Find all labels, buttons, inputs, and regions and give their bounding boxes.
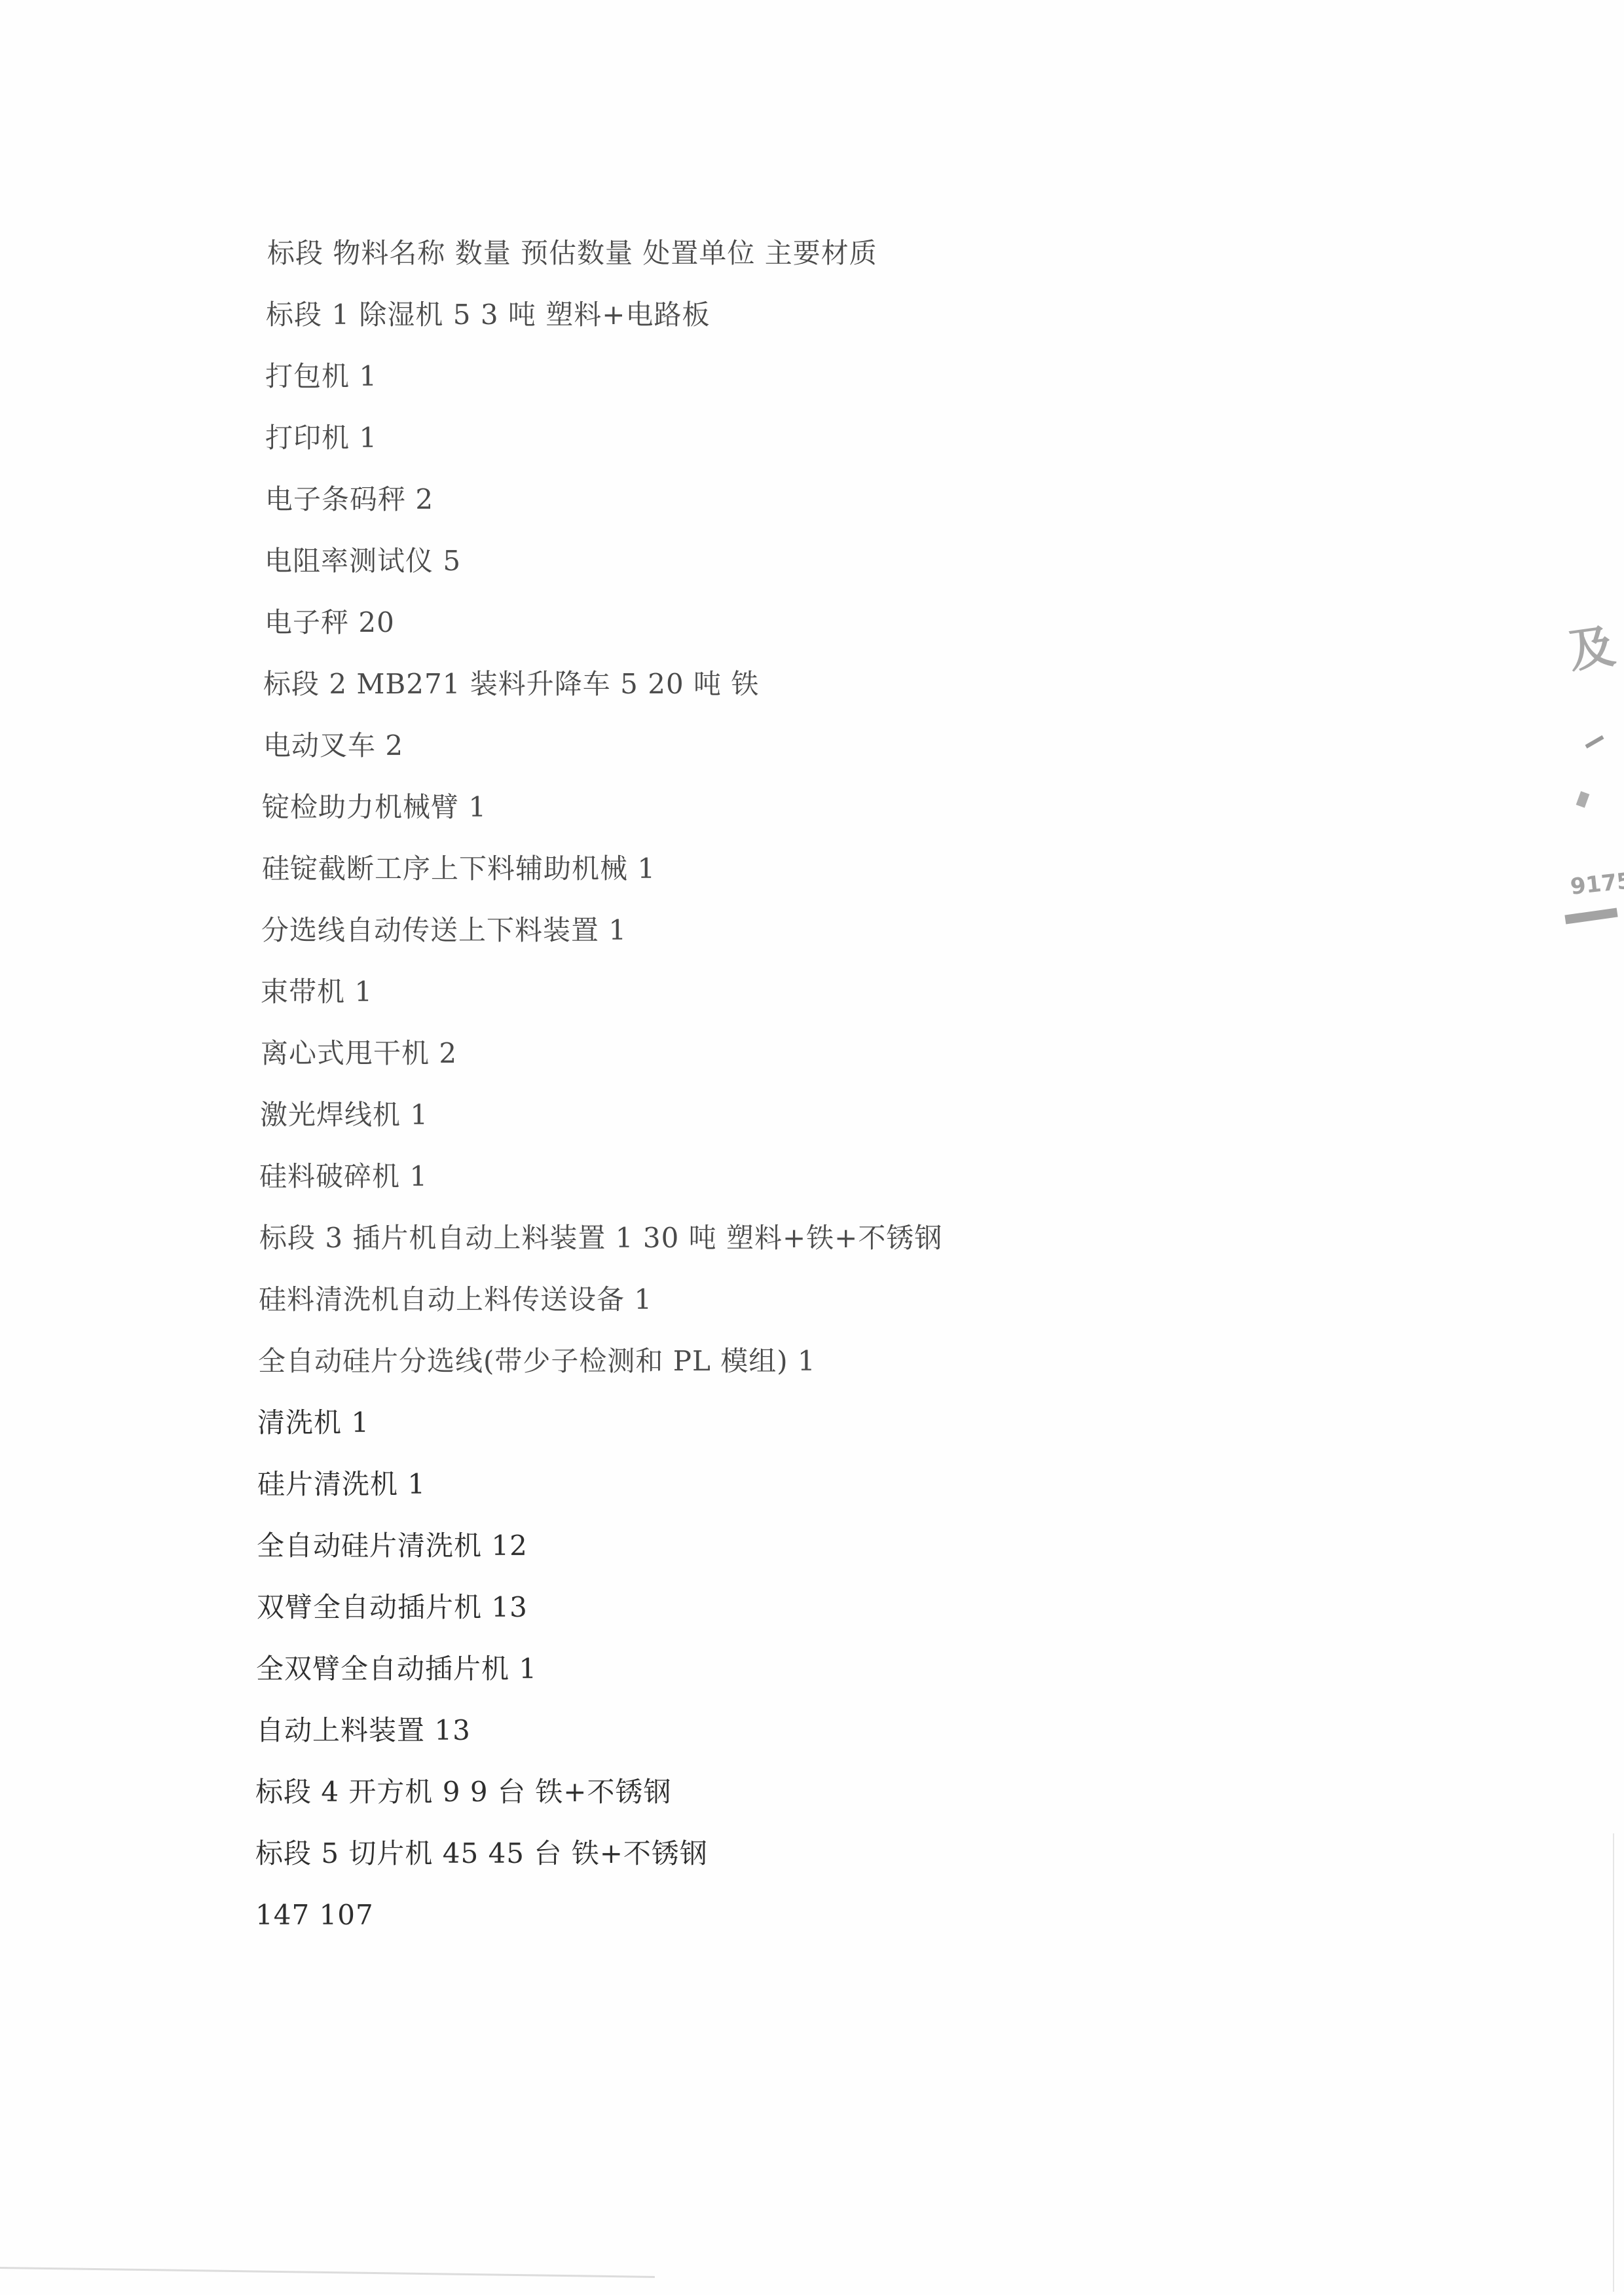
list-item: 全双臂全自动插片机 1 <box>256 1653 537 1685</box>
list-item: 激光焊线机 1 <box>260 1099 428 1131</box>
lot1-first-row: 标段 1 除湿机 5 3 吨 塑料+电路板 <box>266 299 710 331</box>
seal-mark <box>1585 735 1604 748</box>
list-item: 硅锭截断工序上下料辅助机械 1 <box>262 853 655 885</box>
list-item: 自动上料装置 13 <box>256 1714 471 1747</box>
list-item: 打包机 1 <box>265 360 377 393</box>
list-item: 电子条码秤 2 <box>265 483 434 516</box>
list-item: 分选线自动传送上下料装置 1 <box>261 914 627 947</box>
list-item: 全自动硅片分选线(带少子检测和 PL 模组) 1 <box>258 1345 816 1378</box>
list-item: 硅料破碎机 1 <box>259 1160 428 1193</box>
list-item: 双臂全自动插片机 13 <box>257 1591 528 1624</box>
lot3-first-row: 标段 3 插片机自动上料装置 1 30 吨 塑料+铁+不锈钢 <box>259 1222 942 1255</box>
list-item: 硅片清洗机 1 <box>257 1468 426 1501</box>
lot5-row: 标段 5 切片机 45 45 台 铁+不锈钢 <box>255 1837 708 1870</box>
list-item: 束带机 1 <box>261 976 373 1008</box>
list-item: 锭检助力机械臂 1 <box>262 791 487 824</box>
table-header-line: 标段 物料名称 数量 预估数量 处置单位 主要材质 <box>267 237 877 270</box>
list-item: 打印机 1 <box>265 422 377 454</box>
scanned-page: 标段 物料名称 数量 预估数量 处置单位 主要材质 标段 1 除湿机 5 3 吨… <box>0 0 1624 2295</box>
scan-fold-line <box>0 2267 655 2278</box>
list-item: 全自动硅片清洗机 12 <box>257 1530 528 1562</box>
totals-line: 147 107 <box>255 1899 374 1932</box>
list-item: 电子秤 20 <box>265 606 395 639</box>
seal-fragment-icon: 及 <box>1564 610 1618 682</box>
seal-mark <box>1576 791 1590 807</box>
list-item: 离心式甩干机 2 <box>261 1037 457 1070</box>
list-item: 硅料清洗机自动上料传送设备 1 <box>259 1283 652 1316</box>
list-item: 电动叉车 2 <box>263 729 403 762</box>
seal-underline <box>1564 908 1617 925</box>
lot4-row: 标段 4 开方机 9 9 台 铁+不锈钢 <box>255 1776 671 1808</box>
scan-edge-line <box>1613 1833 1614 2292</box>
list-item: 清洗机 1 <box>257 1406 369 1439</box>
seal-number: 9175 <box>1569 868 1624 900</box>
list-item: 电阻率测试仪 5 <box>265 545 461 578</box>
lot2-first-row: 标段 2 MB271 装料升降车 5 20 吨 铁 <box>263 668 759 701</box>
